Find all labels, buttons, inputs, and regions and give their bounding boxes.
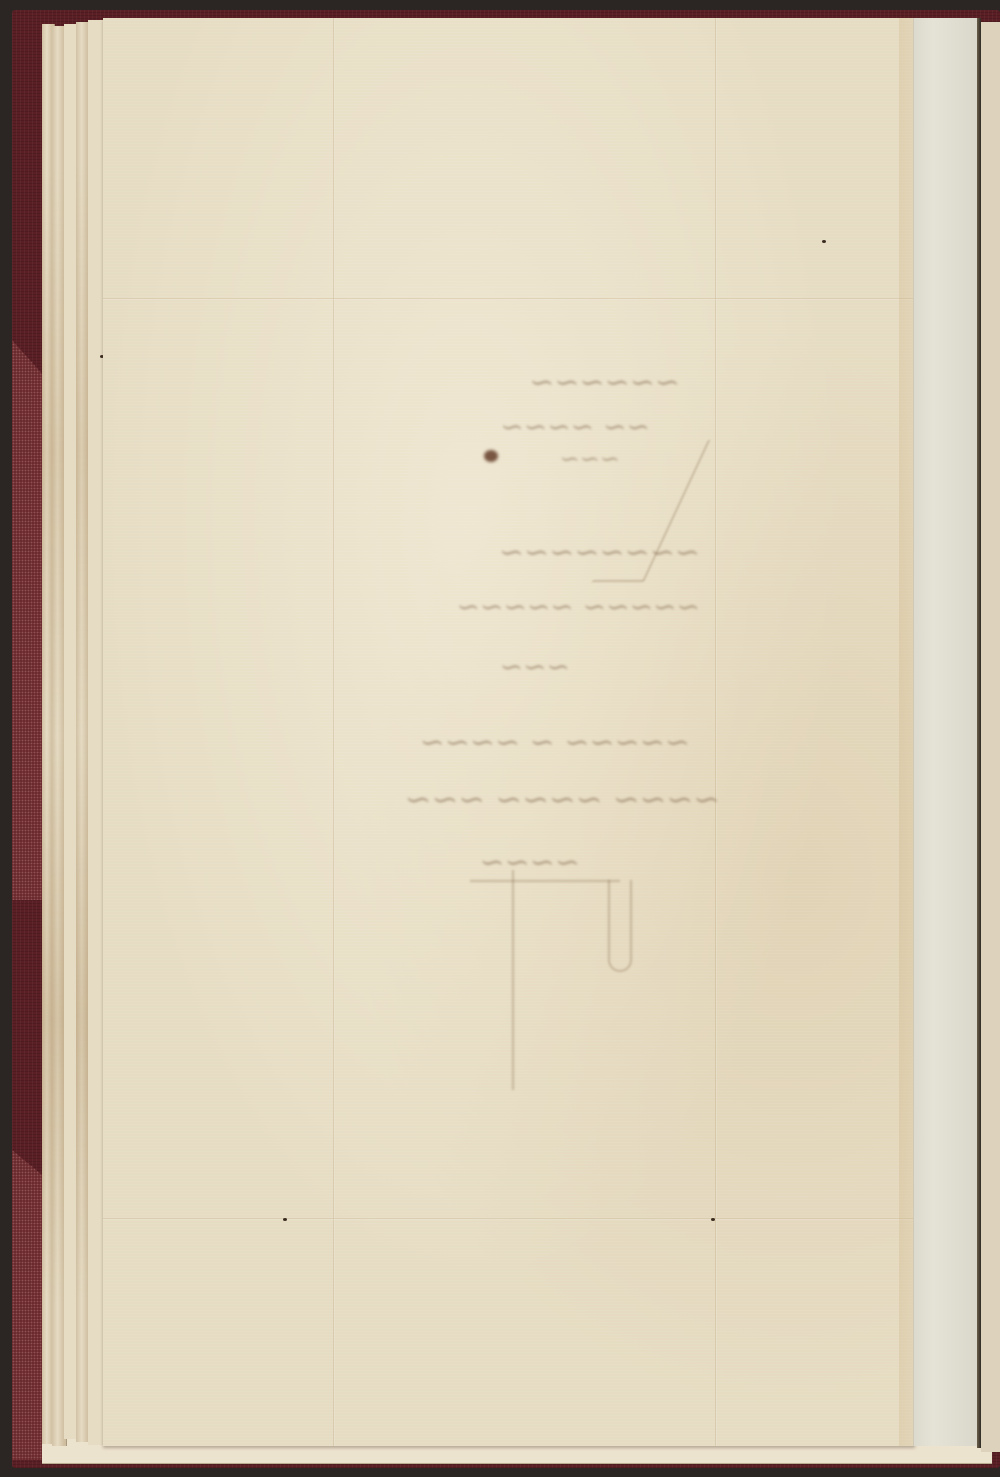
pen-stroke <box>608 880 632 972</box>
binding-corner-cloth <box>12 340 42 900</box>
ink-speck <box>283 1218 287 1221</box>
bleed-line: ~~~ <box>500 650 570 683</box>
guard-strip <box>913 18 978 1446</box>
fold-line <box>103 1218 915 1220</box>
binding-corner-cloth <box>12 1150 42 1460</box>
bleed-line: ~~~ <box>560 445 620 473</box>
bleed-line: ~~ ~~~~ <box>500 410 650 443</box>
ink-blot <box>484 450 498 462</box>
ink-speck <box>711 1218 715 1221</box>
pen-stroke <box>470 880 620 882</box>
bleed-line: ~~~~~ ~~~~~ <box>456 590 700 623</box>
bleed-line: ~~~~~~ <box>529 365 680 400</box>
ink-speck <box>822 240 826 243</box>
facing-page-edge <box>981 22 1000 1452</box>
bleed-line: ~~~~ ~~~~ ~~~ <box>405 780 720 818</box>
bleed-line: ~~~~~ ~ ~~~~ <box>420 725 690 760</box>
fold-line <box>103 298 915 300</box>
bleed-line: ~~~~ <box>479 845 580 880</box>
pen-stroke <box>512 870 516 1090</box>
